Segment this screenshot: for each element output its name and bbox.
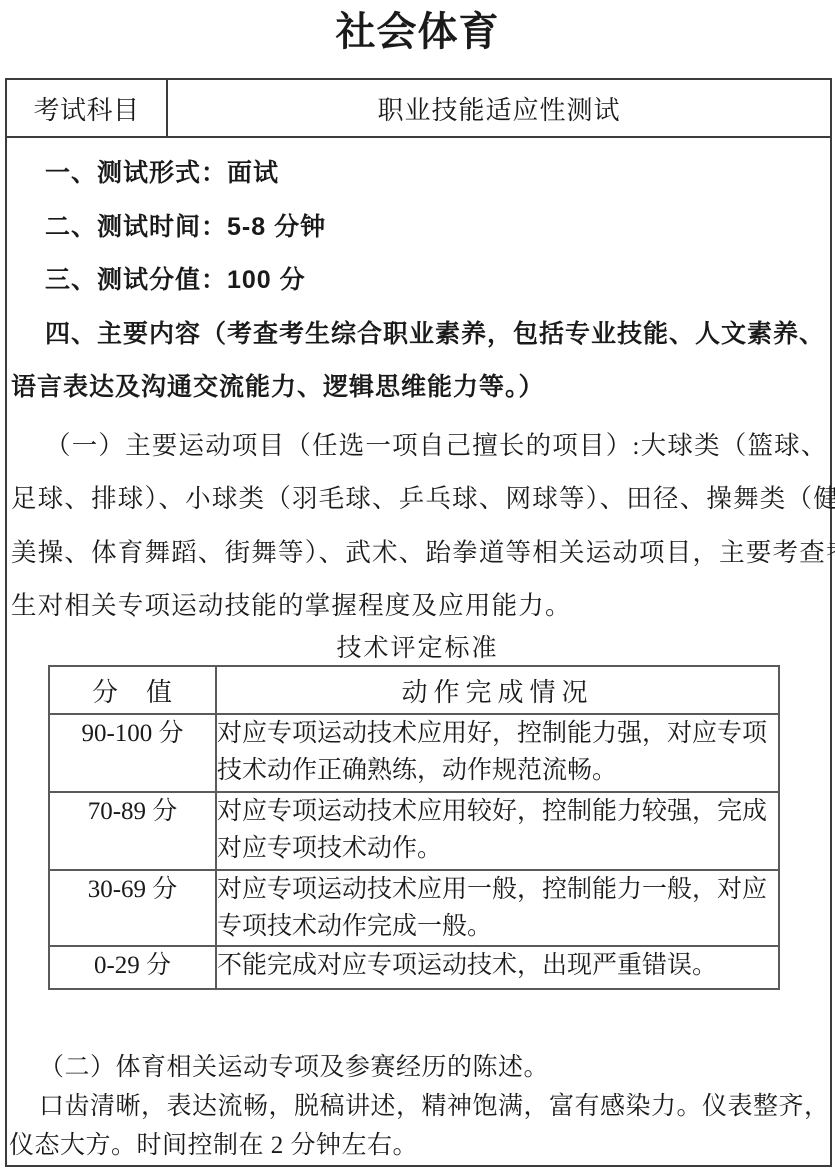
score-cell: 90-100 分 (49, 714, 216, 792)
desc-line: 不能完成对应专项运动技术，出现严重错误。 (217, 947, 778, 984)
document-page: 社会体育 考试科目 职业技能适应性测试 一、测试形式：面试 二、测试时间：5-8… (0, 0, 835, 1169)
desc-line: 对应专项运动技术应用好，控制能力强，对应专项 (217, 715, 778, 752)
closing-line-statement: （二）体育相关运动专项及参赛经历的陈述。 (9, 1048, 829, 1087)
body-line-sports-3: 美操、体育舞蹈、街舞等）、武术、跆拳道等相关运动项目，主要考查考 (11, 526, 826, 580)
rating-table-caption: 技术评定标准 (0, 631, 835, 667)
rating-row-90-100: 90-100 分 对应专项运动技术应用好，控制能力强，对应专项 技术动作正确熟练… (49, 714, 779, 792)
body-line-test-form: 一、测试形式：面试 (11, 147, 826, 201)
desc-cell: 不能完成对应专项运动技术，出现严重错误。 (216, 946, 779, 989)
desc-line: 专项技术动作完成一般。 (217, 908, 778, 945)
exam-table: 考试科目 职业技能适应性测试 一、测试形式：面试 二、测试时间：5-8 分钟 三… (5, 78, 832, 1167)
closing-section: （二）体育相关运动专项及参赛经历的陈述。 口齿清晰，表达流畅，脱稿讲述，精神饱满… (9, 1048, 829, 1165)
rating-header-desc: 动作完成情况 (216, 666, 779, 714)
desc-line: 对应专项运动技术应用较好，控制能力较强，完成 (217, 793, 778, 830)
desc-line: 对应专项运动技术应用一般，控制能力一般，对应 (217, 871, 778, 908)
page-title: 社会体育 (0, 2, 835, 62)
body-line-main-content-2: 语言表达及沟通交流能力、逻辑思维能力等。） (11, 361, 826, 415)
body-line-sports-2: 足球、排球）、小球类（羽毛球、乒乓球、网球等）、田径、操舞类（健 (11, 472, 826, 526)
exam-subject-label-cell: 考试科目 (7, 80, 168, 136)
score-cell: 0-29 分 (49, 946, 216, 989)
exam-body: 一、测试形式：面试 二、测试时间：5-8 分钟 三、测试分值：100 分 四、主… (7, 138, 830, 633)
desc-cell: 对应专项运动技术应用一般，控制能力一般，对应 专项技术动作完成一般。 (216, 870, 779, 946)
body-line-test-score: 三、测试分值：100 分 (11, 254, 826, 308)
body-line-main-content-1: 四、主要内容（考查考生综合职业素养，包括专业技能、人文素养、 (11, 308, 826, 362)
exam-table-header-row: 考试科目 职业技能适应性测试 (7, 80, 830, 138)
score-cell: 30-69 分 (49, 870, 216, 946)
rating-header-score: 分 值 (49, 666, 216, 714)
body-line-sports-1: （一）主要运动项目（任选一项自己擅长的项目）:大球类（篮球、 (11, 419, 826, 473)
exam-subject-value-cell: 职业技能适应性测试 (168, 80, 830, 136)
desc-line: 对应专项技术动作。 (217, 830, 778, 867)
closing-line-criteria-1: 口齿清晰，表达流畅，脱稿讲述，精神饱满，富有感染力。仪表整齐， (9, 1087, 829, 1126)
rating-row-0-29: 0-29 分 不能完成对应专项运动技术，出现严重错误。 (49, 946, 779, 989)
rating-table-header-row: 分 值 动作完成情况 (49, 666, 779, 714)
rating-row-70-89: 70-89 分 对应专项运动技术应用较好，控制能力较强，完成 对应专项技术动作。 (49, 792, 779, 870)
rating-row-30-69: 30-69 分 对应专项运动技术应用一般，控制能力一般，对应 专项技术动作完成一… (49, 870, 779, 946)
desc-cell: 对应专项运动技术应用好，控制能力强，对应专项 技术动作正确熟练，动作规范流畅。 (216, 714, 779, 792)
body-line-test-time: 二、测试时间：5-8 分钟 (11, 201, 826, 255)
score-cell: 70-89 分 (49, 792, 216, 870)
desc-cell: 对应专项运动技术应用较好，控制能力较强，完成 对应专项技术动作。 (216, 792, 779, 870)
rating-table: 分 值 动作完成情况 90-100 分 对应专项运动技术应用好，控制能力强，对应… (48, 665, 780, 990)
body-line-sports-4: 生对相关专项运动技能的掌握程度及应用能力。 (11, 579, 826, 633)
desc-line: 技术动作正确熟练，动作规范流畅。 (217, 752, 778, 789)
closing-line-criteria-2: 仪态大方。时间控制在 2 分钟左右。 (9, 1126, 829, 1165)
